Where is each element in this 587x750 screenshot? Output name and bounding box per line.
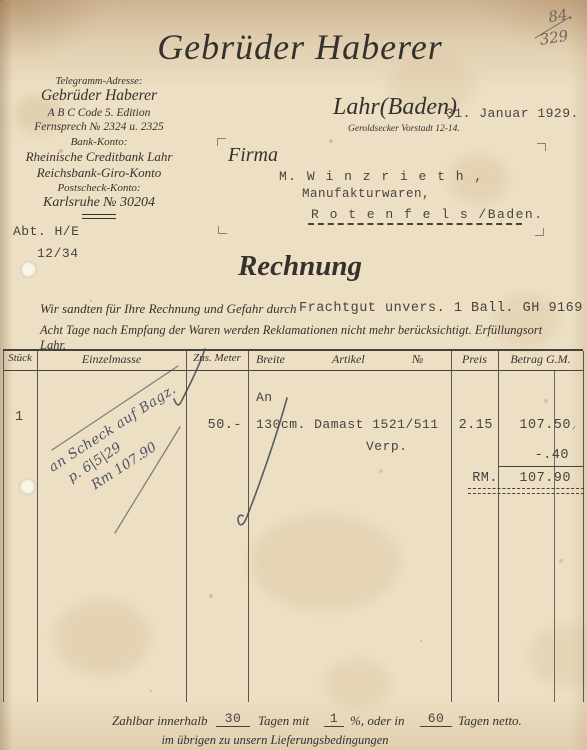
- company-title: Gebrüder Haberer: [120, 26, 480, 68]
- address-name: M. W i n z r i e t h ,: [279, 169, 484, 184]
- letterhead-line: Gebrüder Haberer: [14, 88, 184, 104]
- table-vline: [451, 351, 452, 702]
- cell-betrag1: 107.50: [498, 418, 571, 433]
- total-double-dash: [468, 488, 584, 494]
- col-header-stueck: Stück: [3, 352, 37, 364]
- cell-artikel: 130cm. Damast 1521/511: [256, 417, 439, 432]
- punch-hole: [19, 478, 36, 495]
- intro-typed: Frachtgut unvers. 1 Ball. GH 9169: [299, 301, 583, 316]
- cell-verp: Verp.: [366, 439, 408, 454]
- rm-label: RM.: [462, 471, 498, 486]
- address-corner-mark: [217, 138, 226, 146]
- address-corner-mark: [535, 228, 544, 236]
- table-vline: [583, 351, 584, 702]
- intro-script: Wir sandten für Ihre Rechnung und Gefahr…: [40, 301, 296, 317]
- letterhead-line: Bank-Konto:: [14, 137, 184, 149]
- col-header-einzelmasse: Einzelmasse: [37, 352, 186, 367]
- letterhead-line: Postscheck-Konto:: [14, 183, 184, 195]
- cell-betrag2: -.40: [498, 448, 569, 463]
- col-header-betrag: Betrag G.M.: [498, 352, 583, 367]
- col-header-zus-meter: Zus. Meter: [186, 352, 248, 364]
- paper-stain: [250, 515, 400, 610]
- table-vline: [498, 351, 499, 702]
- col-header-preis: Preis: [451, 352, 498, 367]
- col-header-nr: №: [412, 352, 423, 367]
- letterhead-block: Telegramm-Adresse: Gebrüder Haberer A B …: [14, 76, 184, 219]
- address-trade: Manufakturwaren,: [302, 187, 430, 201]
- invoice-title: Rechnung: [200, 250, 400, 283]
- table-vline: [3, 351, 4, 702]
- address-underline: [308, 210, 522, 225]
- terms-part1: Zahlbar innerhalb: [112, 713, 207, 729]
- table-vline: [37, 351, 38, 702]
- table-vline: [248, 351, 249, 702]
- table-vline: [186, 351, 187, 702]
- place-script: Lahr(Baden): [333, 94, 457, 121]
- corner-note: 84. 329: [519, 4, 582, 52]
- document-page: 84. 329 Gebrüder Haberer Telegramm-Adres…: [0, 0, 587, 750]
- cell-an: An: [256, 390, 273, 405]
- terms-line2: im übrigen zu unsern Lieferungsbedingung…: [110, 733, 440, 748]
- terms-part3: %, oder in: [350, 713, 405, 729]
- col-header-artikel: Artikel: [332, 352, 365, 367]
- paper-stain: [325, 660, 390, 708]
- total-rule: [498, 466, 583, 467]
- handwritten-note: an Scheck auf Bagz. p. 6|5|29 Rm 107.90: [46, 381, 200, 507]
- cell-total: 107.90: [498, 471, 571, 486]
- address-corner-mark: [537, 143, 546, 151]
- col-header-breite: Breite: [256, 352, 285, 367]
- table-header-border: [3, 370, 583, 371]
- terms-days2: 60: [420, 711, 452, 727]
- letterhead-line: Rheinische Creditbank Lahr: [14, 150, 184, 164]
- paper-stain: [530, 625, 587, 687]
- terms-discount: 1: [324, 711, 344, 727]
- date-typed: 31. Januar 1929.: [446, 106, 579, 121]
- terms-part4: Tagen netto.: [458, 713, 522, 729]
- letterhead-flourish: [82, 214, 116, 219]
- street-line: Geroldsecker Vorstadt 12-14.: [348, 124, 460, 134]
- cell-zus-meter: 50.-: [200, 418, 242, 433]
- terms-days1: 30: [216, 711, 250, 727]
- terms-part2: Tagen mit: [258, 713, 309, 729]
- letterhead-line: A B C Code 5. Edition: [14, 107, 184, 119]
- punch-hole: [20, 261, 37, 278]
- paper-stain: [55, 600, 150, 675]
- letterhead-line: Karlsruhe № 30204: [14, 196, 184, 211]
- cell-preis: 2.15: [450, 418, 493, 433]
- cell-stueck: 1: [15, 410, 24, 425]
- firma-label: Firma: [228, 144, 278, 167]
- letterhead-line: Fernsprech № 2324 u. 2325: [14, 121, 184, 133]
- letterhead-line: Telegramm-Adresse:: [14, 76, 184, 87]
- margin-pencil-mark: ,: [572, 417, 576, 432]
- dept-line1: Abt. H/E: [13, 224, 79, 239]
- paper-speckles: [0, 0, 2, 2]
- dept-line2: 12/34: [37, 246, 79, 261]
- address-corner-mark: [218, 226, 227, 234]
- letterhead-line: Reichsbank-Giro-Konto: [14, 166, 184, 180]
